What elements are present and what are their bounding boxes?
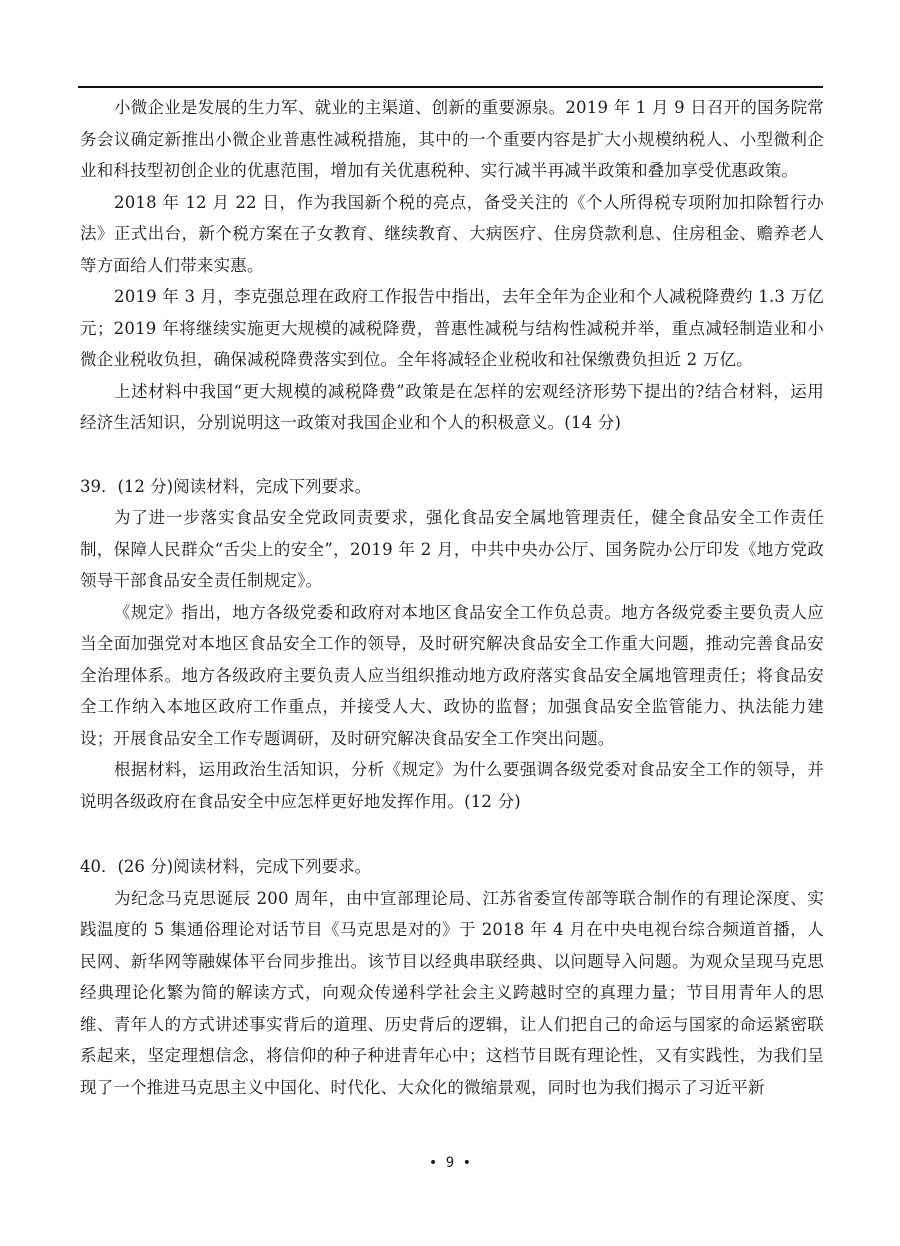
page-body: 小微企业是发展的生力军、就业的主渠道、创新的重要源泉。2019 年 1 月 9 … bbox=[80, 92, 824, 1103]
question-40: 40．(26 分)阅读材料，完成下列要求。 为纪念马克思诞辰 200 周年，由中… bbox=[80, 851, 824, 1103]
question-heading: 40．(26 分)阅读材料，完成下列要求。 bbox=[80, 851, 824, 883]
paragraph: 《规定》指出，地方各级党委和政府对本地区食品安全工作负总责。地方各级党委主要负责… bbox=[80, 597, 824, 755]
question-prompt: 根据材料，运用政治生活知识，分析《规定》为什么要强调各级党委对食品安全工作的领导… bbox=[80, 754, 824, 817]
header-rule bbox=[78, 86, 823, 88]
page-number: • 9 • bbox=[0, 1155, 900, 1171]
question-prompt: 上述材料中我国“更大规模的减税降费”政策是在怎样的宏观经济形势下提出的?结合材料… bbox=[80, 376, 824, 439]
paragraph: 为了进一步落实食品安全党政同责要求，强化食品安全属地管理责任，健全食品安全工作责… bbox=[80, 502, 824, 597]
question-heading: 39．(12 分)阅读材料，完成下列要求。 bbox=[80, 471, 824, 503]
paragraph: 2018 年 12 月 22 日，作为我国新个税的亮点，备受关注的《个人所得税专… bbox=[80, 187, 824, 282]
question-39: 39．(12 分)阅读材料，完成下列要求。 为了进一步落实食品安全党政同责要求，… bbox=[80, 471, 824, 818]
spacer bbox=[80, 817, 824, 851]
paragraph: 2019 年 3 月，李克强总理在政府工作报告中指出，去年全年为企业和个人减税降… bbox=[80, 281, 824, 376]
paragraph: 小微企业是发展的生力军、就业的主渠道、创新的重要源泉。2019 年 1 月 9 … bbox=[80, 92, 824, 187]
question-38-material: 小微企业是发展的生力军、就业的主渠道、创新的重要源泉。2019 年 1 月 9 … bbox=[80, 92, 824, 439]
spacer bbox=[80, 439, 824, 471]
paragraph: 为纪念马克思诞辰 200 周年，由中宣部理论局、江苏省委宣传部等联合制作的有理论… bbox=[80, 883, 824, 1104]
